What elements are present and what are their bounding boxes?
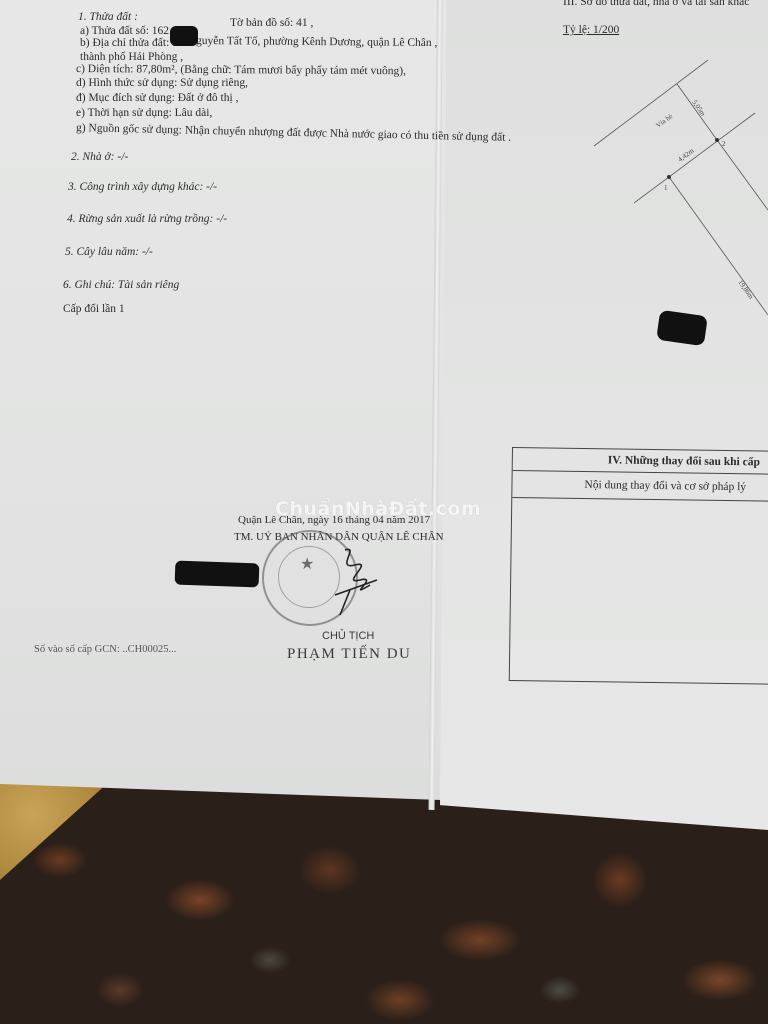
section-5-perennial-trees: 5. Cây lâu năm: -/- [65, 247, 153, 259]
watermark: ChuẩnNhàĐất.com [275, 498, 481, 520]
signer-title: CHỦ TỊCH [322, 630, 374, 642]
section-3-other-constructions: 3. Công trình xây dựng khác: -/- [68, 182, 217, 194]
changes-column-header: Nội dung thay đổi và cơ sở pháp lý [512, 471, 768, 502]
section-6-notes: 6. Ghi chú: Tài sản riêng [63, 280, 179, 292]
signature-redaction [175, 561, 260, 588]
map-sheet-number: Tờ bản đồ số: 41 , [230, 18, 313, 30]
section-4-forest: 4. Rừng sản xuất là rừng trồng: -/- [67, 214, 227, 226]
address-line-1-prefix: b) Địa chỉ thửa đất: S [80, 38, 179, 50]
usage-term: e) Thời hạn sử dụng: Lâu dài, [76, 108, 212, 120]
star-icon: ★ [300, 554, 314, 574]
map-scale: Tỷ lệ: 1/200 [563, 24, 619, 36]
certificate-left-page [0, 0, 450, 800]
point-2-label: 2 [722, 140, 726, 148]
diagram-redaction [656, 310, 708, 346]
address-line-1: guyễn Tất Tố, phường Kênh Dương, quận Lê… [196, 36, 437, 50]
parcel-area: c) Diện tích: 87,80m², (Bằng chữ: Tám mư… [76, 64, 406, 78]
point-1-label: 1 [664, 184, 668, 192]
section-3-diagram-title: III. Sơ đồ thửa đất, nhà ở và tài sản kh… [563, 0, 749, 8]
sidewalk-label: Vỉa hè [654, 112, 674, 129]
address-line-2: thành phố Hải Phòng , [80, 52, 183, 64]
dimension-front-offset: 5,05m [690, 99, 707, 119]
dimension-depth: 19,86m [736, 279, 755, 301]
reissue-note: Cấp đổi lần 1 [63, 304, 125, 316]
register-number: Số vào sổ cấp GCN: ..CH00025... [34, 645, 176, 656]
signature-scribble [325, 540, 385, 620]
address-redaction [170, 26, 198, 46]
signer-name: PHẠM TIẾN DU [287, 646, 411, 663]
usage-form: d) Hình thức sử dụng: Sử dụng riêng, [76, 78, 248, 90]
changes-table: IV. Những thay đổi sau khi cấp Nội dung … [509, 447, 768, 685]
section-1-title: 1. Thửa đất : [78, 12, 138, 24]
usage-purpose: đ) Mục đích sử dụng: Đất ở đô thị , [76, 93, 238, 105]
parcel-number: a) Thửa đất số: 162 , [80, 26, 175, 38]
section-2-house: 2. Nhà ở: -/- [71, 152, 128, 164]
dimension-frontage: 4,42m [676, 146, 695, 163]
